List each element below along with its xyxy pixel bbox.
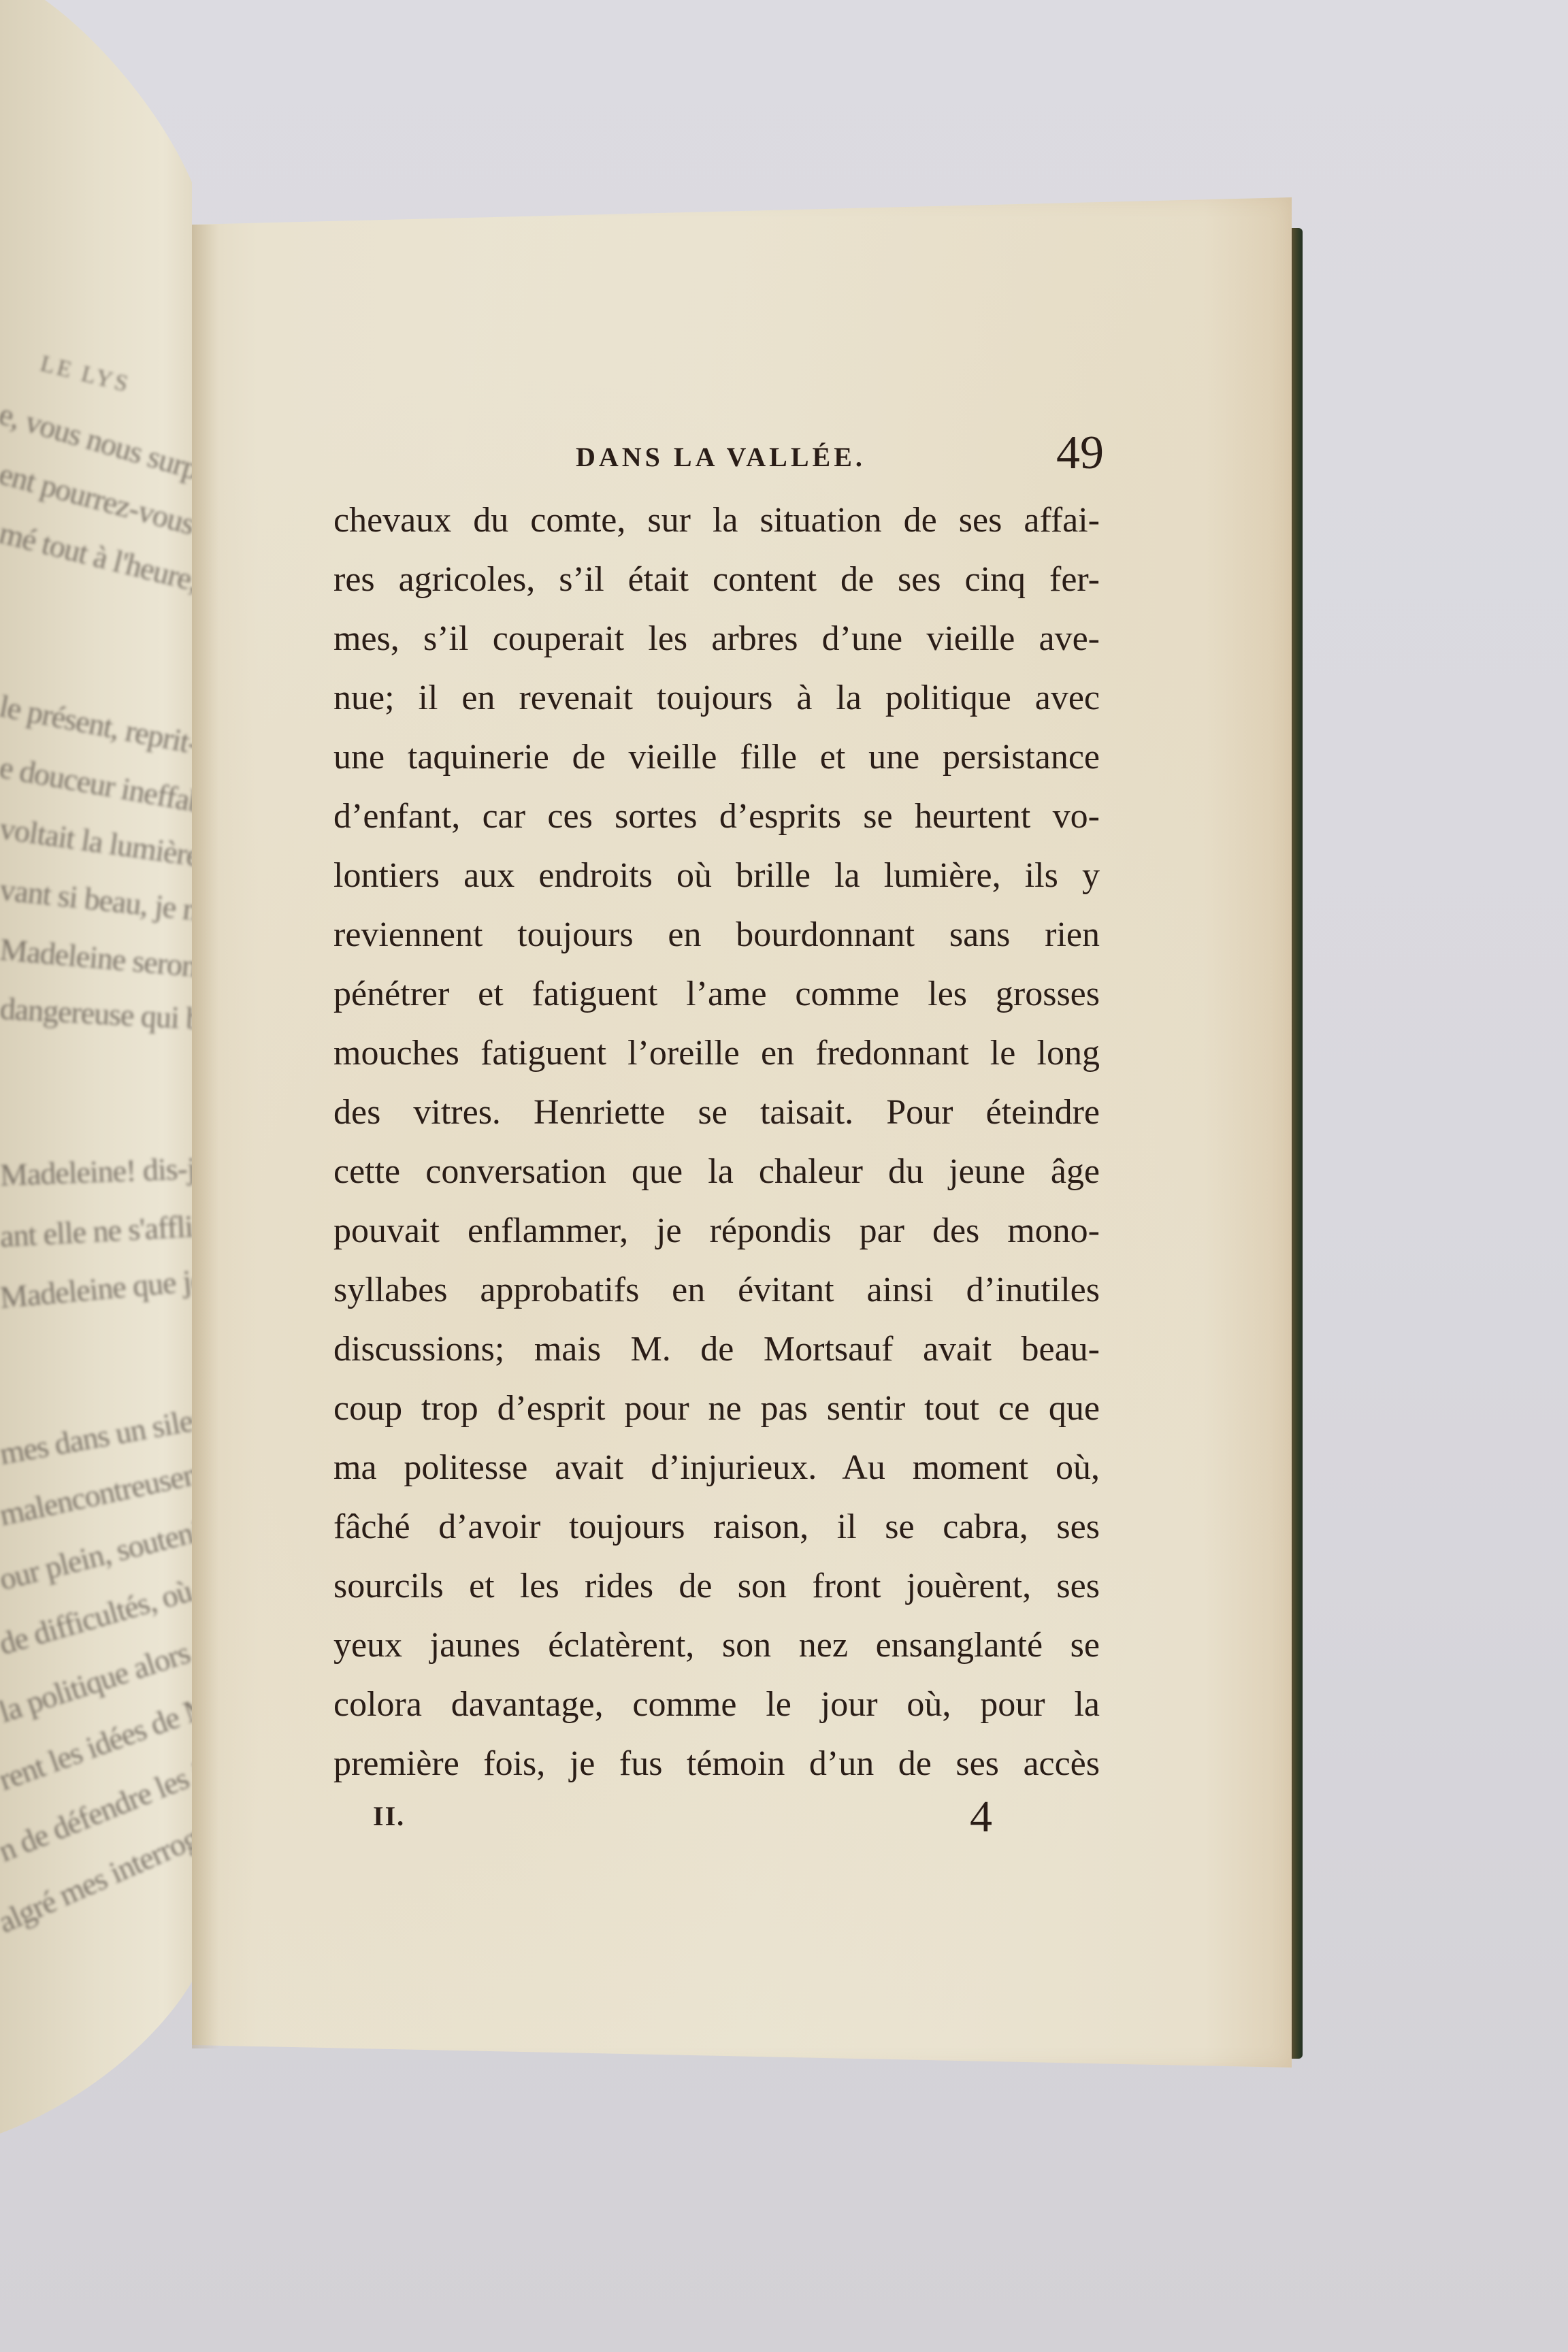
text-line: pénétrer et fatiguent l’ame comme les gr… [333, 970, 1100, 1018]
text-line: fâché d’avoir toujours raison, il se cab… [333, 1503, 1100, 1551]
text-line: cette conversation que la chaleur du jeu… [333, 1148, 1100, 1196]
text-line: d’enfant, car ces sortes d’esprits se he… [333, 793, 1100, 840]
text-line: chevaux du comte, sur la situation de se… [333, 497, 1100, 544]
text-line: ma politesse avait d’injurieux. Au momen… [333, 1444, 1100, 1492]
text-line: pouvait enflammer, je répondis par des m… [333, 1207, 1100, 1255]
text-line: mes, s’il couperait les arbres d’une vie… [333, 615, 1100, 663]
text-line: res agricoles, s’il était content de ses… [333, 556, 1100, 604]
text-line: reviennent toujours en bourdonnant sans … [333, 911, 1100, 959]
text-line: coup trop d’esprit pour ne pas sentir to… [333, 1385, 1100, 1433]
text-line: syllabes approbatifs en évitant ainsi d’… [333, 1267, 1100, 1314]
right-page-content: DANS LA VALLÉE. 49 chevaux du comte, sur… [0, 0, 1568, 2352]
text-line: une taquinerie de vieille fille et une p… [333, 734, 1100, 781]
text-line: discussions; mais M. de Mortsauf avait b… [333, 1326, 1100, 1373]
text-line: première fois, je fus témoin d’un de ses… [333, 1740, 1100, 1788]
page-number: 49 [1056, 426, 1104, 480]
text-line: sourcils et les rides de son front jouèr… [333, 1563, 1100, 1610]
text-line: lontiers aux endroits où brille la lumiè… [333, 852, 1100, 900]
running-head: DANS LA VALLÉE. [576, 441, 866, 473]
text-line: colora davantage, comme le jour où, pour… [333, 1681, 1100, 1729]
volume-signature: II. [373, 1800, 405, 1832]
gathering-signature: 4 [970, 1791, 992, 1843]
book-photo: LE LYS e, vous nous surpasserez toujours… [0, 0, 1568, 2352]
text-line: mouches fatiguent l’oreille en fredonnan… [333, 1030, 1100, 1077]
text-line: nue; il en revenait toujours à la politi… [333, 674, 1100, 722]
text-line: des vitres. Henriette se taisait. Pour é… [333, 1089, 1100, 1137]
text-line: yeux jaunes éclatèrent, son nez ensangla… [333, 1622, 1100, 1669]
